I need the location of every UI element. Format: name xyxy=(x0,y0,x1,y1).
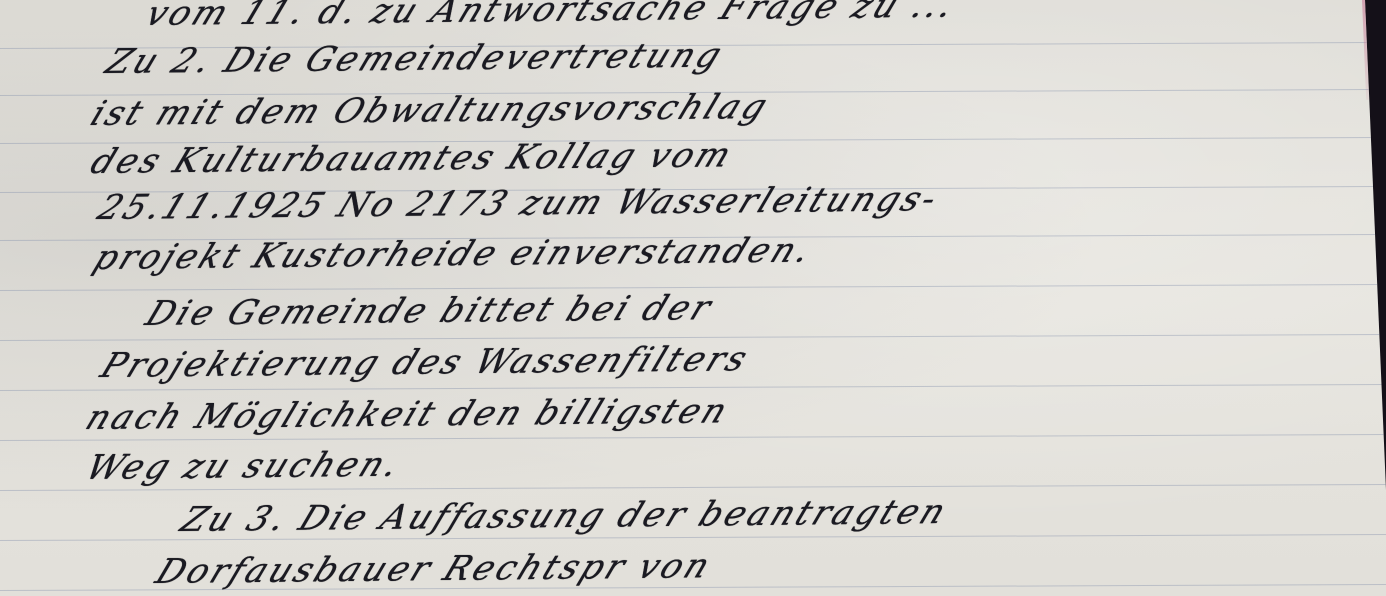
handwritten-line: Zu 3. Die Auffassung der beantragten xyxy=(175,492,954,540)
handwritten-line: vom 11. d. zu Antwortsache Frage zu ... xyxy=(140,0,963,34)
notebook-page: vom 11. d. zu Antwortsache Frage zu ... … xyxy=(0,0,1386,596)
handwritten-line: nach Möglichkeit den billigsten xyxy=(80,391,736,438)
rule-line xyxy=(0,384,1386,391)
handwritten-line: Dorfausbauer Rechtspr von xyxy=(150,546,719,592)
handwritten-line: Zu 2. Die Gemeindevertretung xyxy=(100,36,730,82)
handwritten-line: Die Gemeinde bittet bei der xyxy=(140,288,720,334)
handwritten-line: projekt Kustorheide einverstanden. xyxy=(88,231,819,278)
handwritten-line: Projektierung des Wassenfilters xyxy=(95,339,756,386)
handwritten-line: 25.11.1925 No 2173 zum Wasserleitungs- xyxy=(92,179,945,228)
handwritten-line: Weg zu suchen. xyxy=(80,445,408,488)
handwritten-line: ist mit dem Obwaltungsvorschlag xyxy=(85,87,776,134)
handwritten-line: des Kulturbauamtes Kollag vom xyxy=(85,135,740,182)
